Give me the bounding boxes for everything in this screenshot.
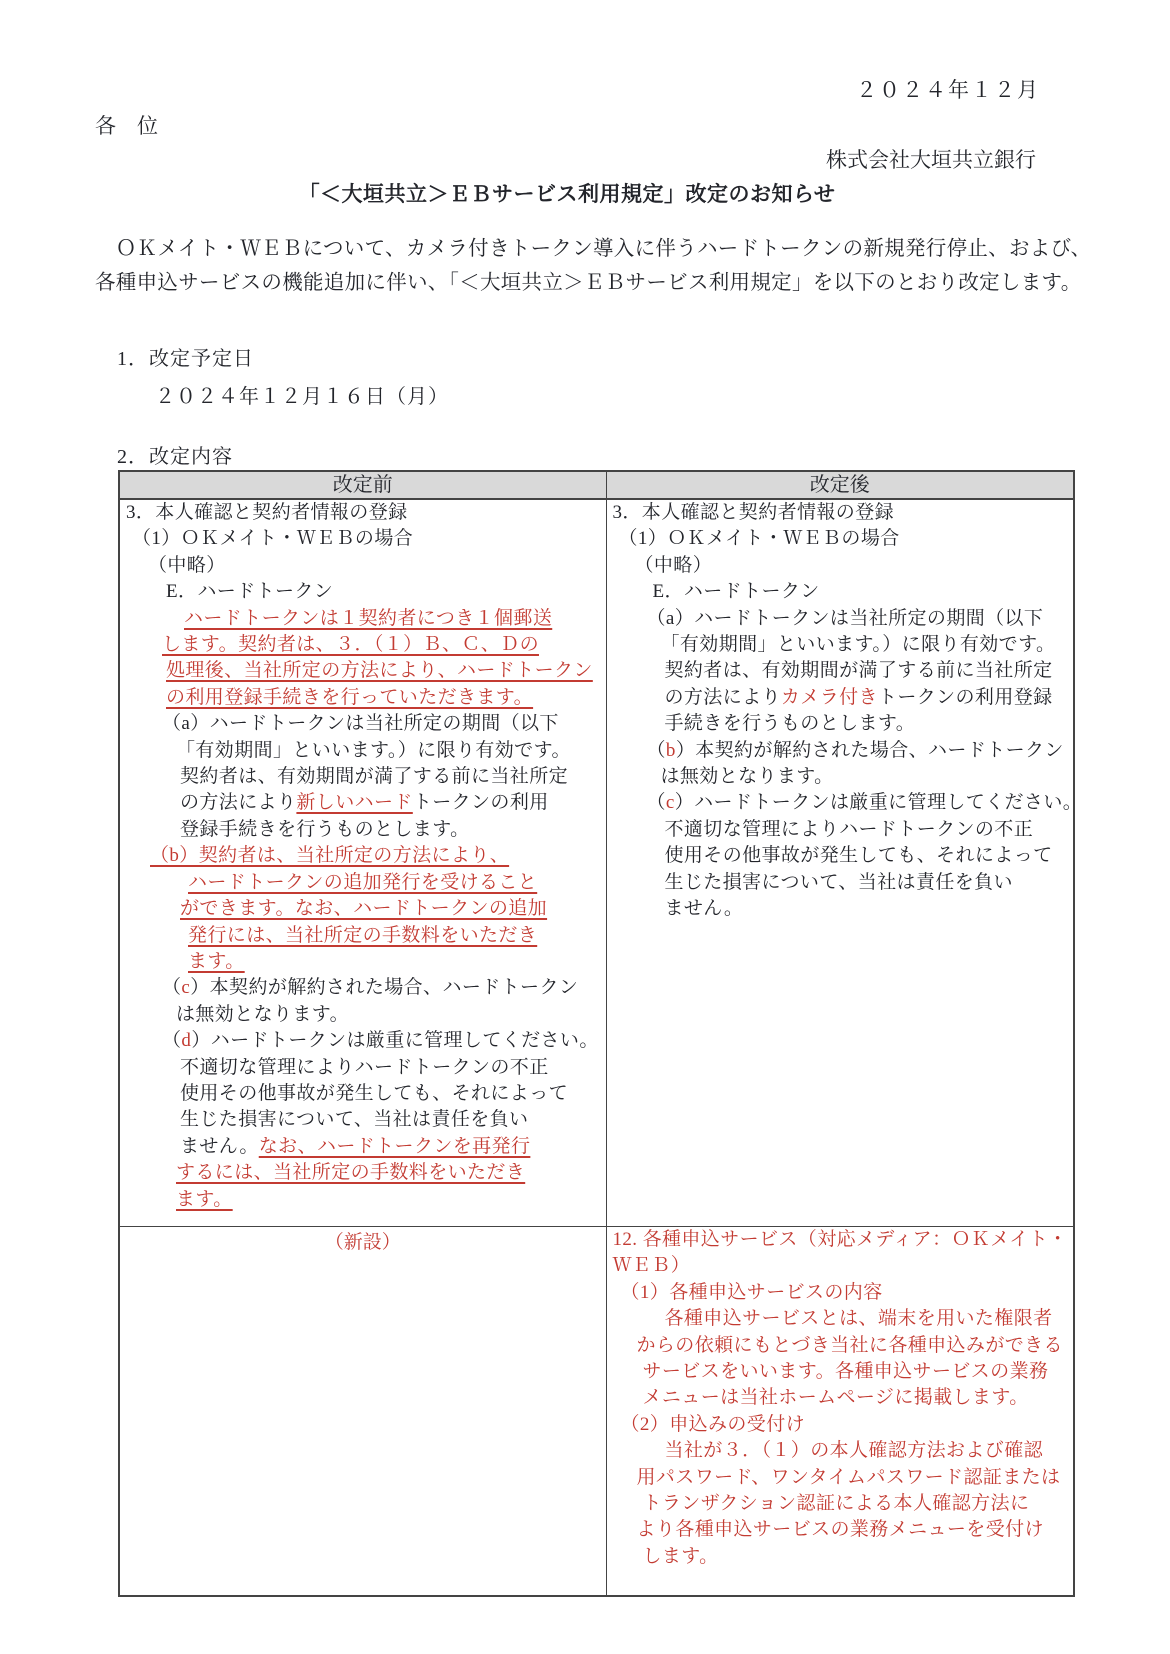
text-line: 当社が３．（１）の本人確認方法および確認	[665, 1438, 1074, 1464]
text-line: （中略）	[635, 553, 1074, 579]
text-line: （b）本契約が解約された場合、ハードトークン	[647, 738, 1074, 764]
text-line: 登録手続きを行うものとします。	[180, 817, 606, 843]
text-line: は無効となります。	[661, 764, 1074, 790]
table-header-row: 改定前 改定後	[119, 471, 1074, 499]
text-line: （c）本契約が解約された場合、ハードトークン	[162, 975, 606, 1001]
text-line: （1）各種申込サービスの内容	[621, 1280, 1074, 1306]
text-line: 生じた損害について、当社は責任を負い	[665, 870, 1074, 896]
text-line: 発行には、当社所定の手数料をいただき	[188, 923, 606, 949]
text-line: （b）契約者は、当社所定の方法により、	[150, 843, 606, 869]
page-title: 「＜大垣共立＞ＥＢサービス利用規定」改定のお知らせ	[0, 178, 1134, 208]
text-line: サービスをいいます。各種申込サービスの業務	[643, 1359, 1074, 1385]
cell-after-new-service: 12. 各種申込サービス（対応メディア：ＯＫメイト・ＷＥＢ）（1）各種申込サービ…	[606, 1227, 1074, 1597]
cell-after-token-clause: 3．本人確認と契約者情報の登録（1）ＯＫメイト・ＷＥＢの場合（中略）E．ハードト…	[606, 499, 1074, 1227]
text-line: の方法により新しいハードトークンの利用	[180, 790, 606, 816]
text-line: からの依頼にもとづき当社に各種申込みができる	[637, 1333, 1074, 1359]
text-line: ません。	[665, 896, 1074, 922]
cell-before-new-service: （新設）	[119, 1227, 606, 1597]
text-line: の利用登録手続きを行っていただきます。	[166, 685, 606, 711]
text-line: （中略）	[148, 553, 606, 579]
text-line: 「有効期間」といいます。）に限り有効です。	[176, 738, 606, 764]
table-row-new-service: （新設） 12. 各種申込サービス（対応メディア：ＯＫメイト・ＷＥＢ）（1）各種…	[119, 1227, 1074, 1597]
text-line: E．ハードトークン	[653, 579, 1074, 605]
text-line: 3．本人確認と契約者情報の登録	[126, 500, 606, 526]
text-line: します。契約者は、３．（１）Ｂ、Ｃ、Ｄの	[162, 632, 606, 658]
text-line: （1）ＯＫメイト・ＷＥＢの場合	[132, 526, 606, 552]
header-before: 改定前	[119, 471, 606, 499]
text-line: 「有効期間」といいます。）に限り有効です。	[661, 632, 1074, 658]
text-line: 不適切な管理によりハードトークンの不正	[665, 817, 1074, 843]
text-line: （d）ハードトークンは厳重に管理してください。	[162, 1028, 606, 1054]
intro-paragraph: ＯＫメイト・ＷＥＢについて、カメラ付きトークン導入に伴うハードトークンの新規発行…	[95, 232, 1085, 300]
text-line: するには、当社所定の手数料をいただき	[176, 1160, 606, 1186]
cell-before-token-clause: 3．本人確認と契約者情報の登録（1）ＯＫメイト・ＷＥＢの場合（中略）E．ハードト…	[119, 499, 606, 1227]
text-line: （c）ハードトークンは厳重に管理してください。	[647, 790, 1074, 816]
table-row-token-clause: 3．本人確認と契約者情報の登録（1）ＯＫメイト・ＷＥＢの場合（中略）E．ハードト…	[119, 499, 1074, 1227]
text-line: ハードトークンの追加発行を受けること	[188, 870, 606, 896]
text-line: より各種申込サービスの業務メニューを受付け	[637, 1517, 1074, 1543]
text-line: （a）ハードトークンは当社所定の期間（以下	[162, 711, 606, 737]
text-line: 不適切な管理によりハードトークンの不正	[180, 1055, 606, 1081]
text-line: ＷＥＢ）	[613, 1253, 1074, 1279]
intro-line-1: ＯＫメイト・ＷＥＢについて、カメラ付きトークン導入に伴うハードトークンの新規発行…	[95, 232, 1085, 266]
revision-table: 改定前 改定後 3．本人確認と契約者情報の登録（1）ＯＫメイト・ＷＥＢの場合（中…	[118, 470, 1075, 1597]
text-line: （1）ＯＫメイト・ＷＥＢの場合	[619, 526, 1074, 552]
section1-date: ２０２４年１２月１６日（月）	[155, 380, 449, 409]
text-line: 各種申込サービスとは、端末を用いた権限者	[665, 1306, 1074, 1332]
text-line: トランザクション認証による本人確認方法に	[643, 1491, 1074, 1517]
text-line: 処理後、当社所定の方法により、ハードトークン	[166, 658, 606, 684]
text-line: の方法によりカメラ付きトークンの利用登録	[665, 685, 1074, 711]
text-line: は無効となります。	[176, 1002, 606, 1028]
section2-heading: 2．改定内容	[117, 440, 233, 469]
new-clause-label: （新設）	[325, 1232, 401, 1253]
text-line: ハードトークンは１契約者につき１個郵送	[184, 606, 606, 632]
document-page: ２０２４年１２月 各 位 株式会社大垣共立銀行 「＜大垣共立＞ＥＢサービス利用規…	[0, 0, 1170, 1654]
text-line: 3．本人確認と契約者情報の登録	[613, 500, 1074, 526]
company-name: 株式会社大垣共立銀行	[826, 144, 1036, 174]
text-line: （2）申込みの受付け	[621, 1412, 1074, 1438]
text-line: ません。なお、ハードトークンを再発行	[180, 1134, 606, 1160]
text-line: 契約者は、有効期間が満了する前に当社所定	[180, 764, 606, 790]
text-line: ます。	[188, 949, 606, 975]
text-line: 手続きを行うものとします。	[665, 711, 1074, 737]
text-line: 契約者は、有効期間が満了する前に当社所定	[665, 658, 1074, 684]
header-after: 改定後	[606, 471, 1074, 499]
text-line: 使用その他事故が発生しても、それによって	[180, 1081, 606, 1107]
text-line: ます。	[176, 1187, 606, 1213]
intro-line-2: 各種申込サービスの機能追加に伴い、「＜大垣共立＞ＥＢサービス利用規定」を以下のと…	[95, 266, 1085, 300]
text-line: します。	[643, 1544, 1074, 1570]
text-line: 使用その他事故が発生しても、それによって	[665, 843, 1074, 869]
text-line: ができます。なお、ハードトークンの追加	[180, 896, 606, 922]
text-line: （a）ハードトークンは当社所定の期間（以下	[647, 606, 1074, 632]
text-line: 生じた損害について、当社は責任を負い	[180, 1107, 606, 1133]
text-line: E．ハードトークン	[166, 579, 606, 605]
section1-heading: 1．改定予定日	[117, 342, 254, 371]
doc-date: ２０２４年１２月	[856, 74, 1040, 104]
addressee: 各 位	[95, 110, 158, 140]
text-line: メニューは当社ホームページに掲載します。	[643, 1385, 1074, 1411]
text-line: 12. 各種申込サービス（対応メディア：ＯＫメイト・	[613, 1227, 1074, 1253]
text-line: 用パスワード、ワンタイムパスワード認証または	[637, 1465, 1074, 1491]
